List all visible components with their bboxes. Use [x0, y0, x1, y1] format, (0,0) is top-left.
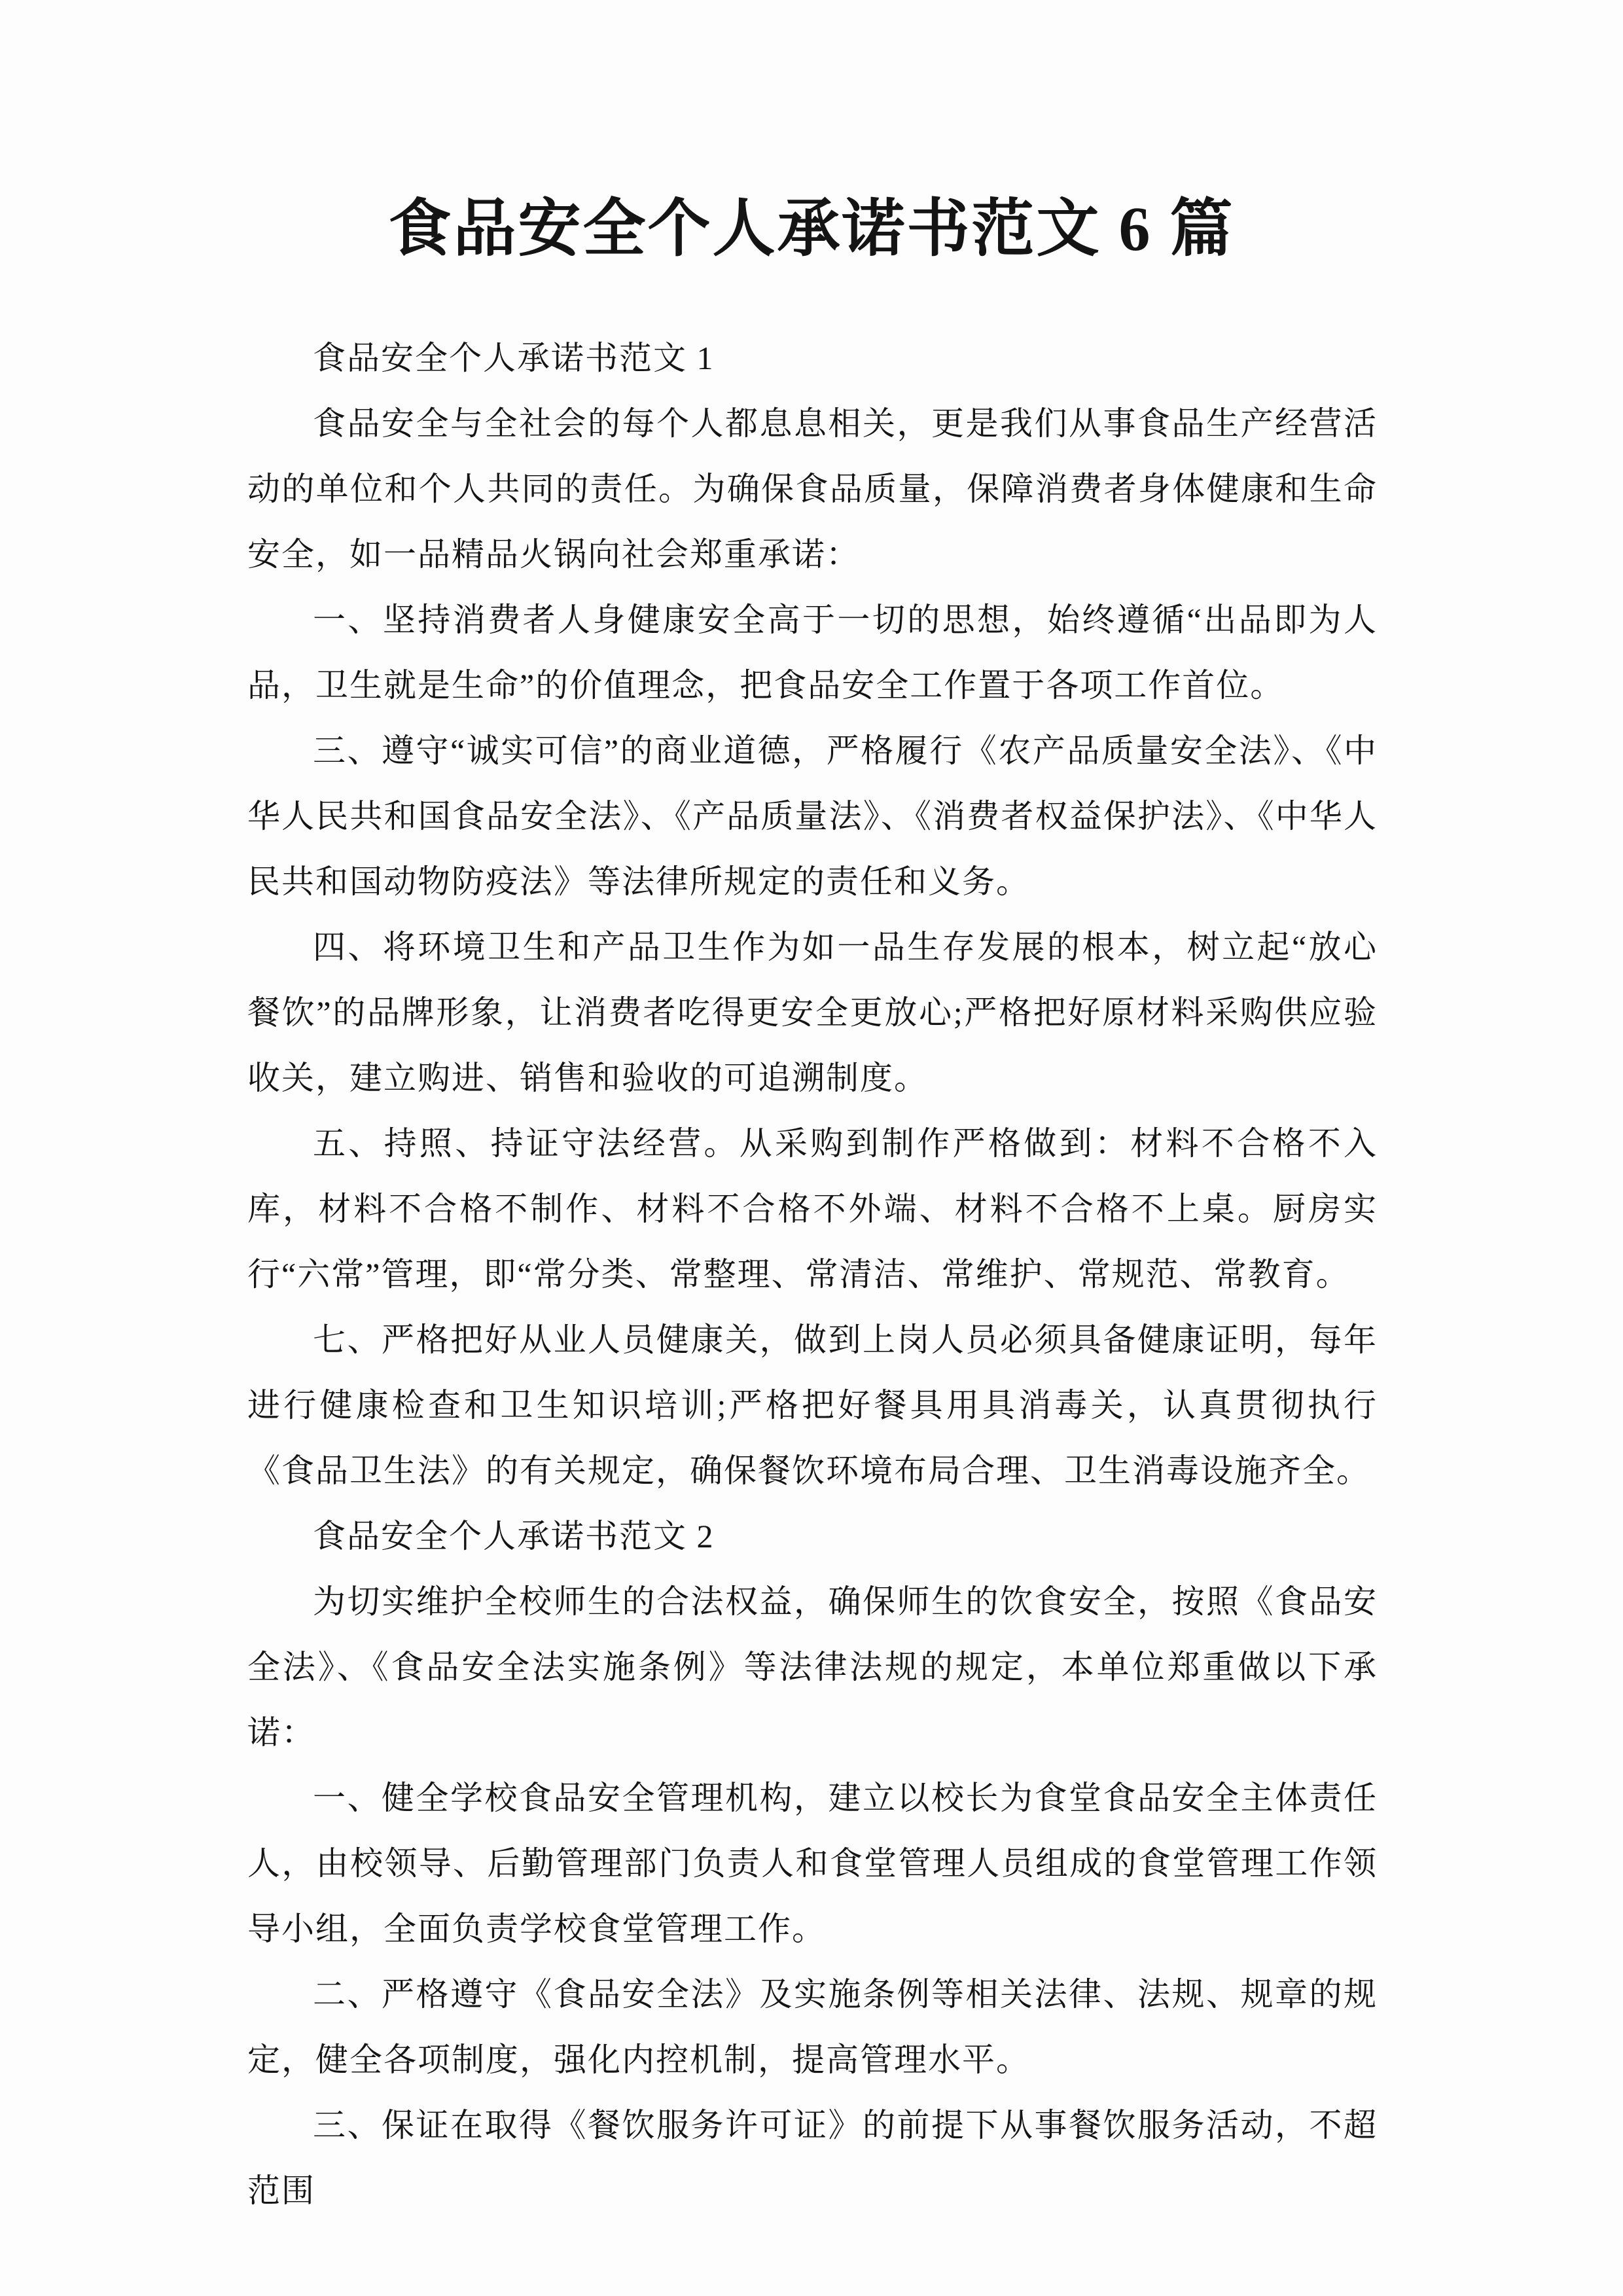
- body-paragraph: 一、坚持消费者人身健康安全高于一切的思想，始终遵循“出品即为人品，卫生就是生命”…: [247, 587, 1378, 718]
- body-paragraph: 一、健全学校食品安全管理机构，建立以校长为食堂食品安全主体责任人，由校领导、后勤…: [247, 1765, 1378, 1962]
- body-paragraph: 七、严格把好从业人员健康关，做到上岗人员必须具备健康证明，每年进行健康检查和卫生…: [247, 1307, 1378, 1503]
- body-paragraph-truncated: 三、保证在取得《餐饮服务许可证》的前提下从事餐饮服务活动，不超范围: [247, 2092, 1378, 2223]
- body-paragraph: 四、将环境卫生和产品卫生作为如一品生存发展的根本，树立起“放心餐饮”的品牌形象，…: [247, 914, 1378, 1111]
- page-title: 食品安全个人承诺书范文 6 篇: [0, 193, 1623, 265]
- section-heading-sample-1: 食品安全个人承诺书范文 1: [247, 325, 1378, 391]
- document-page: 食品安全个人承诺书范文 6 篇 食品安全个人承诺书范文 1 食品安全与全社会的每…: [0, 0, 1623, 2296]
- body-paragraph: 五、持照、持证守法经营。从采购到制作严格做到：材料不合格不入库，材料不合格不制作…: [247, 1111, 1378, 1307]
- section-heading-sample-2: 食品安全个人承诺书范文 2: [247, 1503, 1378, 1569]
- body-paragraph: 二、严格遵守《食品安全法》及实施条例等相关法律、法规、规章的规定，健全各项制度，…: [247, 1962, 1378, 2092]
- body-paragraph: 食品安全与全社会的每个人都息息相关，更是我们从事食品生产经营活动的单位和个人共同…: [247, 391, 1378, 587]
- body-paragraph: 为切实维护全校师生的合法权益，确保师生的饮食安全，按照《食品安全法》、《食品安全…: [247, 1569, 1378, 1765]
- body-paragraph: 三、遵守“诚实可信”的商业道德，严格履行《农产品质量安全法》、《中华人民共和国食…: [247, 718, 1378, 914]
- document-body: 食品安全个人承诺书范文 1 食品安全与全社会的每个人都息息相关，更是我们从事食品…: [0, 325, 1623, 2223]
